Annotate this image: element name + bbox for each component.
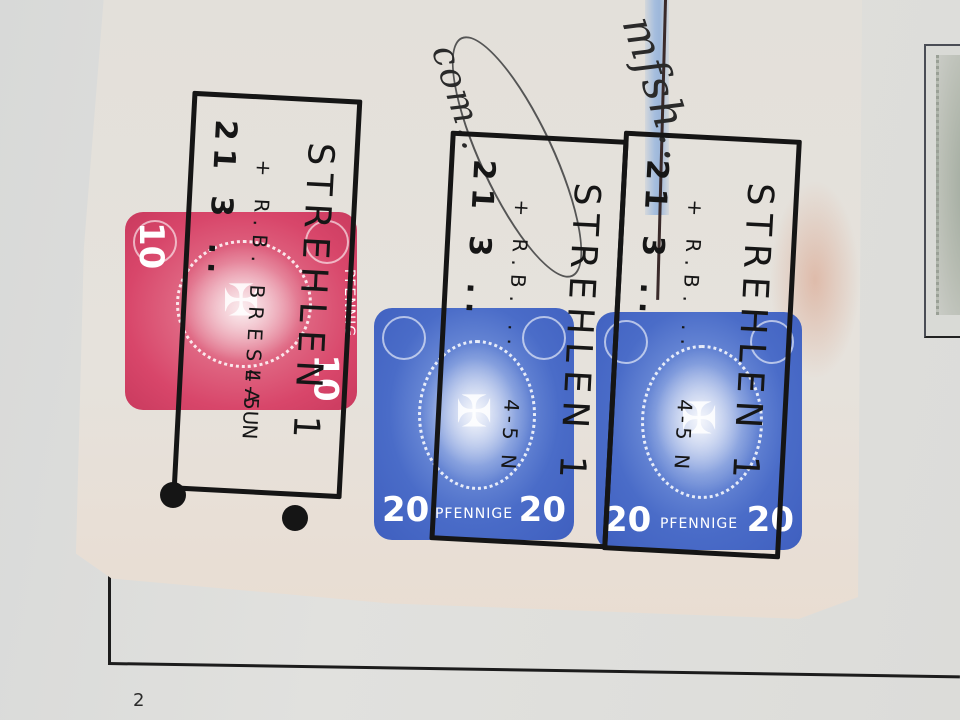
- postmark-district: + R.B. ..: [502, 199, 534, 354]
- postmark-box: 21 3 .. + R.B. BRESLAU STREHLEN 1 4-5 N: [172, 91, 363, 499]
- postmark-box: 21 3 .. + R.B. .. STREHLEN 1 4-5 N: [602, 131, 802, 560]
- postmark-town: STREHLEN 1: [284, 142, 341, 447]
- postmark-date: 21 3 ..: [200, 119, 243, 283]
- postmark-district: + R.B. ..: [676, 199, 708, 354]
- denomination: 20: [382, 490, 429, 530]
- postmark-time: 4-5 N: [669, 399, 697, 474]
- denomination: 10: [131, 222, 171, 269]
- ink-blob: [282, 505, 308, 531]
- page-number: 2: [133, 690, 144, 711]
- postmark-town: STREHLEN 1: [724, 182, 781, 487]
- postmark-time: 4-5 N: [496, 399, 524, 474]
- rosette-icon: [382, 316, 426, 360]
- postmark-date: 21 3 ..: [631, 158, 674, 322]
- ink-blob: [160, 482, 186, 508]
- partial-green-stamp: [936, 55, 960, 315]
- postmark-town: STREHLEN 1: [550, 182, 607, 487]
- postmark-time: 4-5 N: [237, 369, 265, 444]
- postmark-box: 21 3 .. + R.B. .. STREHLEN 1 4-5 N: [429, 131, 628, 550]
- postmark-date: 21 3 ..: [458, 158, 501, 322]
